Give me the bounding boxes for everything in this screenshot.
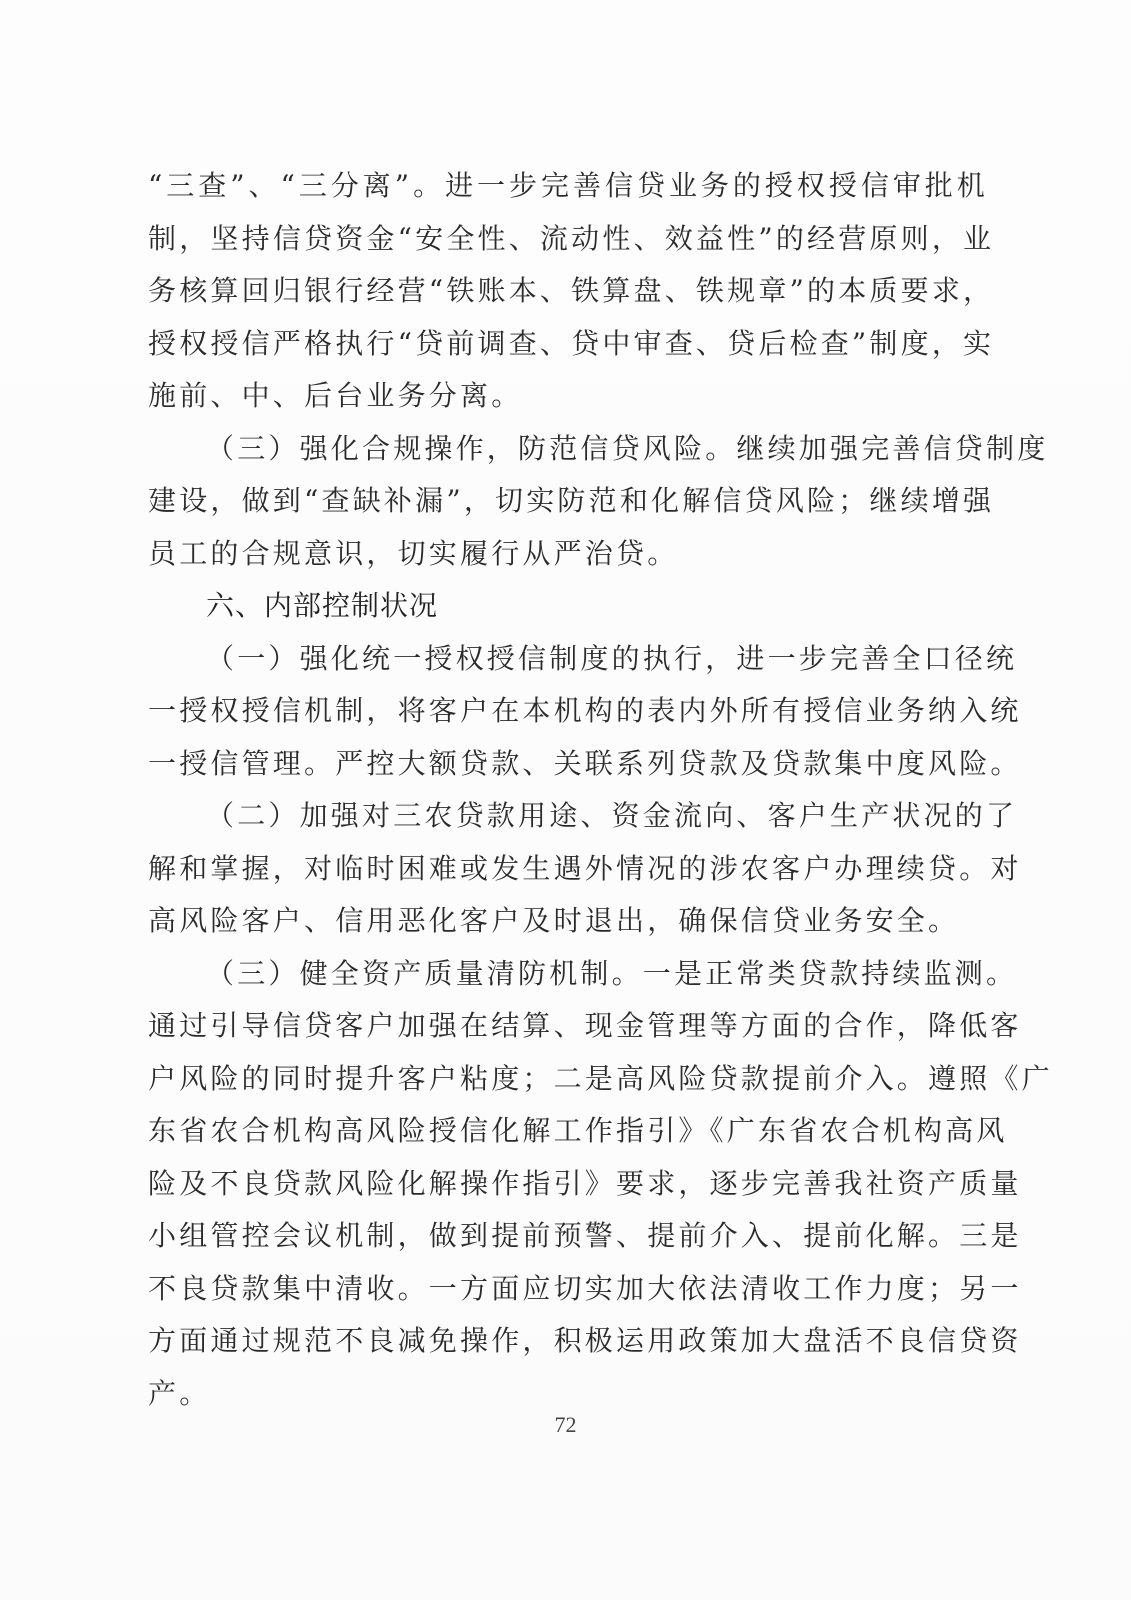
paragraph-continued: “三查”、“三分离”。进一步完善信贷业务的授权授信审批机 制，坚持信贷资金“安全…: [148, 160, 988, 423]
text-line: 方面通过规范不良减免操作，积极运用政策加大盘活不良信贷资: [148, 1315, 988, 1368]
document-page: “三查”、“三分离”。进一步完善信贷业务的授权授信审批机 制，坚持信贷资金“安全…: [0, 0, 1131, 1600]
text-line: 建设，做到“查缺补漏”，切实防范和化解信贷风险；继续增强: [148, 475, 988, 528]
page-number: 72: [0, 1412, 1131, 1438]
text-line: 高风险客户、信用恶化客户及时退出，确保信贷业务安全。: [148, 895, 988, 948]
text-line: 一授信管理。严控大额贷款、关联系列贷款及贷款集中度风险。: [148, 738, 988, 791]
text-line: 员工的合规意识，切实履行从严治贷。: [148, 528, 988, 581]
text-line: 解和掌握，对临时困难或发生遇外情况的涉农客户办理续贷。对: [148, 843, 988, 896]
text-line: 施前、中、后台业务分离。: [148, 370, 988, 423]
text-line: 务核算回归银行经营“铁账本、铁算盘、铁规章”的本质要求，: [148, 265, 988, 318]
text-line: 险及不良贷款风险化解操作指引》要求，逐步完善我社资产质量: [148, 1158, 988, 1211]
paragraph-unified-authorization: （一）强化统一授权授信制度的执行，进一步完善全口径统 一授权授信机制，将客户在本…: [148, 633, 988, 791]
text-line: 授权授信严格执行“贷前调查、贷中审查、贷后检查”制度，实: [148, 318, 988, 371]
text-line: 一授权授信机制，将客户在本机构的表内外所有授信业务纳入统: [148, 685, 988, 738]
text-line: 小组管控会议机制，做到提前预警、提前介入、提前化解。三是: [148, 1210, 988, 1263]
text-line: 通过引导信贷客户加强在结算、现金管理等方面的合作，降低客: [148, 1000, 988, 1053]
text-line: 不良贷款集中清收。一方面应切实加大依法清收工作力度；另一: [148, 1263, 988, 1316]
text-line: （一）强化统一授权授信制度的执行，进一步完善全口径统: [148, 633, 988, 686]
paragraph-asset-quality: （三）健全资产质量清防机制。一是正常类贷款持续监测。 通过引导信贷客户加强在结算…: [148, 948, 988, 1421]
text-line: 制，坚持信贷资金“安全性、流动性、效益性”的经营原则，业: [148, 213, 988, 266]
text-line: 东省农合机构高风险授信化解工作指引》《广东省农合机构高风: [148, 1105, 988, 1158]
text-line: （三）强化合规操作，防范信贷风险。继续加强完善信贷制度: [148, 423, 988, 476]
section-heading: 六、内部控制状况: [148, 580, 988, 633]
text-line: （二）加强对三农贷款用途、资金流向、客户生产状况的了: [148, 790, 988, 843]
paragraph-agricultural-loans: （二）加强对三农贷款用途、资金流向、客户生产状况的了 解和掌握，对临时困难或发生…: [148, 790, 988, 948]
page-body: “三查”、“三分离”。进一步完善信贷业务的授权授信审批机 制，坚持信贷资金“安全…: [148, 160, 988, 1420]
paragraph-compliance: （三）强化合规操作，防范信贷风险。继续加强完善信贷制度 建设，做到“查缺补漏”，…: [148, 423, 988, 581]
text-line: “三查”、“三分离”。进一步完善信贷业务的授权授信审批机: [148, 160, 988, 213]
text-line: （三）健全资产质量清防机制。一是正常类贷款持续监测。: [148, 948, 988, 1001]
text-line: 户风险的同时提升客户粘度；二是高风险贷款提前介入。遵照《广: [148, 1053, 988, 1106]
